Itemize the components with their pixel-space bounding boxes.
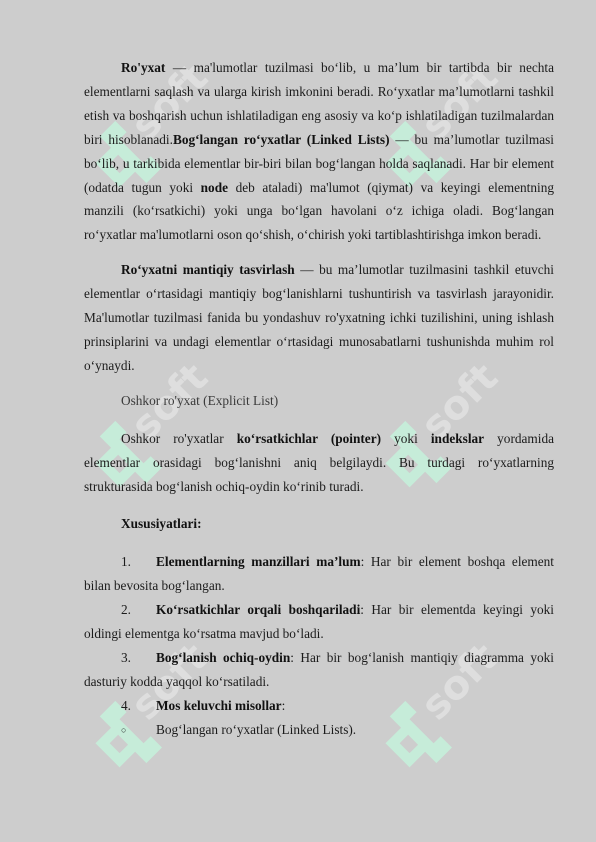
examples-list: ○Bog‘langan ro‘yxatlar (Linked Lists).	[84, 718, 554, 743]
paragraph-explicit-list: Oshkor ro'yxatlar ko‘rsatkichlar (pointe…	[84, 427, 554, 499]
term-linked-lists: Bog‘langan ro‘yxatlar (Linked Lists)	[173, 132, 390, 147]
term-node: node	[201, 180, 228, 195]
document-page: Ro'yxat — ma'lumotlar tuzilmasi bo‘lib, …	[84, 56, 554, 743]
term-pointer: ko‘rsatkichlar (pointer)	[237, 431, 381, 446]
term-logical-representation: Ro‘yxatni mantiqiy tasvirlash	[121, 262, 295, 277]
circle-bullet-icon: ○	[121, 719, 156, 743]
features-heading: Xususiyatlari:	[84, 512, 554, 536]
paragraph-royxat: Ro'yxat — ma'lumotlar tuzilmasi bo‘lib, …	[84, 56, 554, 247]
feature-title: Ko‘rsatkichlar orqali boshqariladi	[156, 602, 360, 617]
feature-item: 2.Ko‘rsatkichlar orqali boshqariladi: Ha…	[84, 598, 554, 646]
example-item: ○Bog‘langan ro‘yxatlar (Linked Lists).	[84, 718, 554, 743]
list-number: 2.	[121, 598, 156, 622]
subheading-explicit-list: Oshkor ro'yxat (Explicit List)	[84, 389, 554, 413]
list-number: 4.	[121, 694, 156, 718]
feature-item: 1.Elementlarning manzillari ma’lum: Har …	[84, 550, 554, 598]
term-indexes: indekslar	[431, 431, 484, 446]
feature-title: Bog‘lanish ochiq-oydin	[156, 650, 290, 665]
feature-item: 4.Mos keluvchi misollar:	[84, 694, 554, 718]
list-number: 1.	[121, 550, 156, 574]
feature-title: Elementlarning manzillari ma’lum	[156, 554, 361, 569]
feature-text: :	[282, 698, 286, 713]
term-royxat: Ro'yxat	[121, 60, 165, 75]
feature-title: Mos keluvchi misollar	[156, 698, 282, 713]
paragraph-logical-representation: Ro‘yxatni mantiqiy tasvirlash — bu ma’lu…	[84, 258, 554, 378]
feature-item: 3.Bog‘lanish ochiq-oydin: Har bir bog‘la…	[84, 646, 554, 694]
features-list: 1.Elementlarning manzillari ma’lum: Har …	[84, 550, 554, 717]
list-number: 3.	[121, 646, 156, 670]
